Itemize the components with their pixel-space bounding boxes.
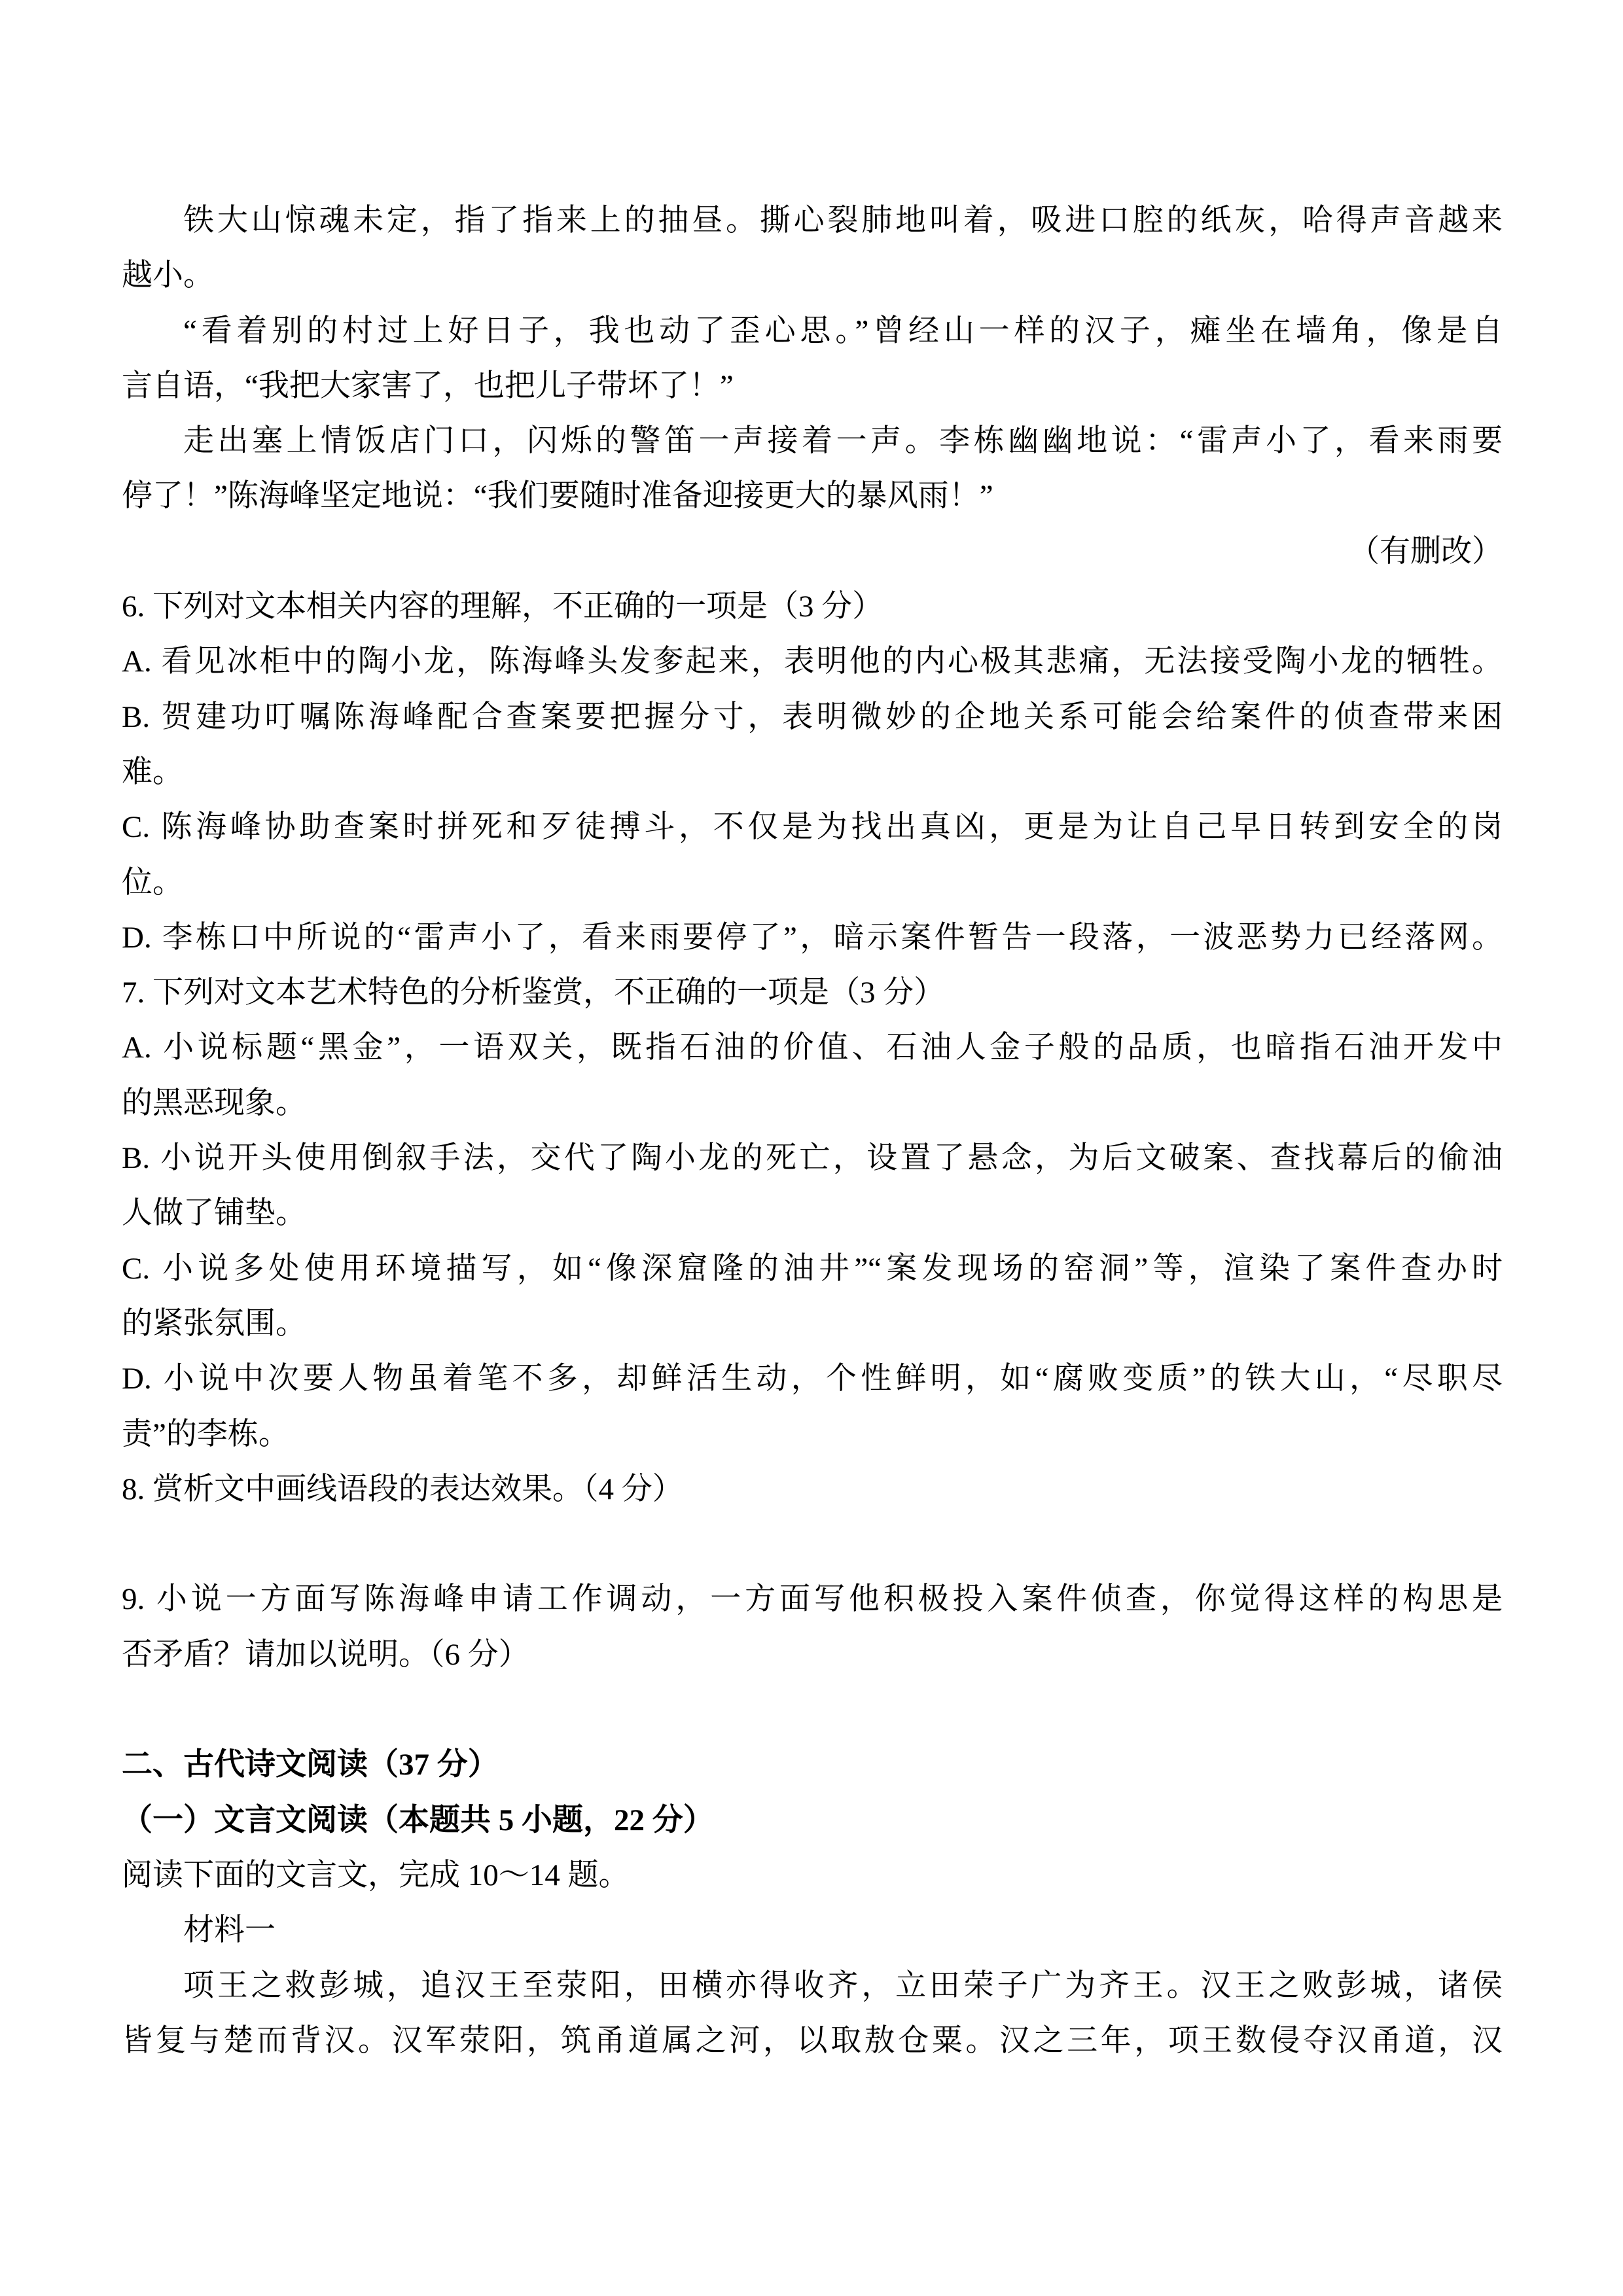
text-line: 项王之救彭城，追汉王至荥阳，田横亦得收齐，立田荣子广为齐王。汉王之败彭城，诸侯 <box>122 1958 1503 2013</box>
text-line: （有删改） <box>122 524 1503 579</box>
text-line: D. 李栋口中所说的“雷声小了，看来雨要停了”，暗示案件暂告一段落，一波恶势力已… <box>122 910 1503 965</box>
text-line: B. 贺建功叮嘱陈海峰配合查案要把握分寸，表明微妙的企地关系可能会给案件的侦查带… <box>122 690 1503 745</box>
text-line: 的紧张氛围。 <box>122 1296 1503 1351</box>
exam-paper-page: 铁大山惊魂未定，指了指来上的抽昼。撕心裂肺地叫着，吸进口腔的纸灰，哈得声音越来越… <box>0 0 1623 2296</box>
blank-line <box>122 1517 1503 1572</box>
text-line: B. 小说开头使用倒叙手法，交代了陶小龙的死亡，设置了悬念，为后文破案、查找幕后… <box>122 1131 1503 1186</box>
text-line: 二、古代诗文阅读（37 分） <box>122 1737 1503 1792</box>
text-line: 位。 <box>122 855 1503 910</box>
text-line: “看着别的村过上好日子，我也动了歪心思。”曾经山一样的汉子，瘫坐在墙角，像是自 <box>122 304 1503 359</box>
text-line: 越小。 <box>122 248 1503 303</box>
text-line: 难。 <box>122 745 1503 800</box>
text-line: 皆复与楚而背汉。汉军荥阳，筑甬道属之河，以取敖仓粟。汉之三年，项王数侵夺汉甬道，… <box>122 2013 1503 2068</box>
text-line: 人做了铺垫。 <box>122 1186 1503 1241</box>
document-lines: 铁大山惊魂未定，指了指来上的抽昼。撕心裂肺地叫着，吸进口腔的纸灰，哈得声音越来越… <box>122 193 1503 2068</box>
text-line: D. 小说中次要人物虽着笔不多，却鲜活生动，个性鲜明，如“腐败变质”的铁大山，“… <box>122 1351 1503 1406</box>
text-line: 言自语，“我把大家害了，也把儿子带坏了！” <box>122 359 1503 414</box>
text-line: C. 陈海峰协助查案时拼死和歹徒搏斗，不仅是为找出真凶，更是为让自己早日转到安全… <box>122 800 1503 855</box>
text-line: 6. 下列对文本相关内容的理解，不正确的一项是（3 分） <box>122 579 1503 634</box>
blank-line <box>122 1682 1503 1737</box>
text-line: 停了！”陈海峰坚定地说：“我们要随时准备迎接更大的暴风雨！” <box>122 468 1503 523</box>
text-line: 8. 赏析文中画线语段的表达效果。（4 分） <box>122 1462 1503 1517</box>
text-line: 9. 小说一方面写陈海峰申请工作调动，一方面写他积极投入案件侦查，你觉得这样的构… <box>122 1572 1503 1627</box>
text-line: 的黑恶现象。 <box>122 1076 1503 1131</box>
text-line: （一）文言文阅读（本题共 5 小题，22 分） <box>122 1793 1503 1848</box>
text-line: A. 看见冰柜中的陶小龙，陈海峰头发奓起来，表明他的内心极其悲痛，无法接受陶小龙… <box>122 634 1503 689</box>
text-line: 材料一 <box>122 1903 1503 1958</box>
text-line: A. 小说标题“黑金”，一语双关，既指石油的价值、石油人金子般的品质，也暗指石油… <box>122 1020 1503 1075</box>
text-line: 7. 下列对文本艺术特色的分析鉴赏，不正确的一项是（3 分） <box>122 965 1503 1020</box>
text-line: 阅读下面的文言文，完成 10～14 题。 <box>122 1848 1503 1903</box>
text-line: 责”的李栋。 <box>122 1407 1503 1462</box>
text-line: 走出塞上情饭店门口，闪烁的警笛一声接着一声。李栋幽幽地说：“雷声小了，看来雨要 <box>122 414 1503 468</box>
text-line: 铁大山惊魂未定，指了指来上的抽昼。撕心裂肺地叫着，吸进口腔的纸灰，哈得声音越来 <box>122 193 1503 248</box>
text-line: 否矛盾？请加以说明。（6 分） <box>122 1627 1503 1682</box>
text-line: C. 小说多处使用环境描写，如“像深窟隆的油井”“案发现场的窑洞”等，渲染了案件… <box>122 1241 1503 1296</box>
